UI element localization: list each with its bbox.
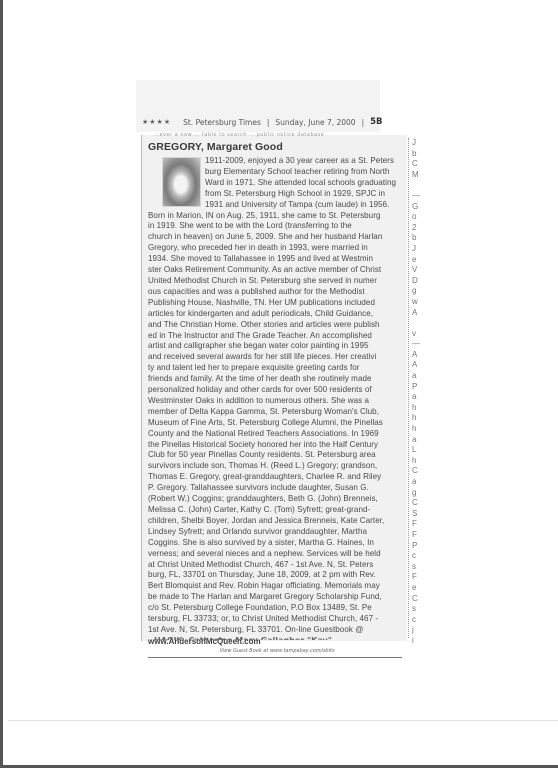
cut-off-text: …ever a new … table to search … public n… <box>154 132 404 137</box>
obituary-line: ed in The Instructor and The Grade Teach… <box>148 331 406 342</box>
obituary-line: burg, FL, 33701 on Thursday, June 18, 20… <box>148 570 406 581</box>
publication-name: St. Petersburg Times <box>183 118 261 127</box>
adjacent-column-cut: J b C M — G o 2 b J e V D g w A v — A A … <box>408 138 421 638</box>
obituary-content: GREGORY, Margaret Good 1911-2009, enjoye… <box>148 140 406 658</box>
letter: C <box>412 466 422 477</box>
obituary-line: be made to The Harlan and Margaret Grego… <box>148 592 406 603</box>
obituary-name: GREGORY, Margaret Good <box>148 140 406 154</box>
obituary-line: Coggins. She is also survived by a siste… <box>148 538 406 549</box>
letter: A <box>412 350 422 361</box>
obituary-line: United Methodist Church in St. Petersbur… <box>148 276 406 287</box>
obituary-line: County and the National Retired Teachers… <box>148 429 406 440</box>
letter: G <box>412 202 422 213</box>
scan-left-edge <box>0 0 3 768</box>
obituary-line: Lindsey Syfrett; and Orlando survivor gr… <box>148 527 406 538</box>
letter: L <box>412 445 422 456</box>
masthead: ★★★★ St. Petersburg Times | Sunday, June… <box>142 115 442 129</box>
letter: s <box>412 562 422 573</box>
letter: a <box>412 392 422 403</box>
obituary-line: ous capacities and was a published autho… <box>148 287 406 298</box>
obituary-line: at Christ United Methodist Church, 467 -… <box>148 560 406 571</box>
letter: c <box>412 551 422 562</box>
obituary-line: the Pinellas Historical Society honored … <box>148 440 406 451</box>
obituary-line: Gregory, who preceded her in death in 19… <box>148 243 406 254</box>
separator: | <box>362 118 365 127</box>
letter: J <box>412 138 422 149</box>
letter: b <box>412 149 422 160</box>
letter: C <box>412 159 422 170</box>
adjacent-column-letters: J b C M — G o 2 b J e V D g w A v — A A … <box>412 138 422 647</box>
obituary-line: personalized holiday and other cards for… <box>148 385 406 396</box>
letter: h <box>412 403 422 414</box>
obituary-line: in 1919. She went to be with the Lord (t… <box>148 221 406 232</box>
obituary-line: member of Delta Kappa Gamma, St. Petersb… <box>148 407 406 418</box>
obituary-line: (Robert W.) Coggins; granddaughters, Bet… <box>148 494 406 505</box>
letter: h <box>412 456 422 467</box>
obituary-line: Westminster Oaks in addition to numerous… <box>148 396 406 407</box>
obituary-line: Club for 50 year Pinellas County residen… <box>148 450 406 461</box>
letter: e <box>412 255 422 266</box>
letter: 2 <box>412 223 422 234</box>
divider <box>148 657 402 658</box>
letter <box>412 180 422 191</box>
letter: C <box>412 498 422 509</box>
obituary-line: Born in Marion, IN on Aug. 25, 1911, she… <box>148 211 406 222</box>
obituary-line: Publishing House, Nashville, TN. Her UM … <box>148 298 406 309</box>
obituary-line: Bert Blomquist and Rev. Robin Hagar offi… <box>148 581 406 592</box>
letter: P <box>412 541 422 552</box>
obituary-line: children, Shelbi Boyer, Jordan and Jessi… <box>148 516 406 527</box>
obituary-line: survivors include son, Thomas H. (Reed L… <box>148 461 406 472</box>
letter: a <box>412 371 422 382</box>
letter: s <box>412 604 422 615</box>
letter: a <box>412 435 422 446</box>
letter: g <box>412 488 422 499</box>
obituary-line: 1934. She moved to Tallahassee in 1995 a… <box>148 254 406 265</box>
obituary-line: Thomas E. Gregory, great-granddaughters,… <box>148 472 406 483</box>
letter: P <box>412 382 422 393</box>
edition-stars-icon: ★★★★ <box>142 118 171 126</box>
letter: A <box>412 308 422 319</box>
letter: b <box>412 233 422 244</box>
obituary-line: artist and calligrapher she began water … <box>148 341 406 352</box>
obituary-line: Melissa C. (John) Carter, Kathy C. (Tom)… <box>148 505 406 516</box>
obituary-line: articles for kindergarten and adult peri… <box>148 309 406 320</box>
obituary-line: friends and family. At the time of her d… <box>148 374 406 385</box>
letter: i <box>412 636 422 647</box>
scan-fold-line <box>8 720 558 721</box>
obituary-line: and The Christian Home. Other stories an… <box>148 320 406 331</box>
obituary-line: Museum of Fine Arts, St. Petersburg Coll… <box>148 418 406 429</box>
obituary-line: ster Oaks Retirement Community. As an ac… <box>148 265 406 276</box>
letter: A <box>412 360 422 371</box>
obituary-body: 1911-2009, enjoyed a 30 year career as a… <box>148 156 406 636</box>
newspaper-clipping: ★★★★ St. Petersburg Times | Sunday, June… <box>136 80 436 641</box>
letter: h <box>412 424 422 435</box>
obituary-box: …ever a new … table to search … public n… <box>141 135 407 641</box>
letter: F <box>412 519 422 530</box>
obituary-line: tersburg, FL 33733; or, to Christ United… <box>148 614 406 625</box>
letter: V <box>412 265 422 276</box>
letter: j <box>412 625 422 636</box>
letter: h <box>412 413 422 424</box>
letter: F <box>412 572 422 583</box>
separator: | <box>267 118 270 127</box>
next-obituary-heading-cut: HAGIK, Catherine Mary Gallagher "Kay" <box>154 634 354 640</box>
letter: w <box>412 297 422 308</box>
letter: c <box>412 615 422 626</box>
letter: v <box>412 329 422 340</box>
letter: M <box>412 170 422 181</box>
letter: a <box>412 477 422 488</box>
letter: — <box>412 191 422 202</box>
page-number: 5B <box>370 117 382 127</box>
letter: F <box>412 530 422 541</box>
letter: e <box>412 583 422 594</box>
letter: g <box>412 286 422 297</box>
publication-date: Sunday, June 7, 2000 <box>275 118 355 127</box>
obituary-line: P. Gregory. Tallahassee survivors includ… <box>148 483 406 494</box>
obituary-line: ty and talent led her to prepare exquisi… <box>148 363 406 374</box>
letter: D <box>412 276 422 287</box>
letter: — <box>412 339 422 350</box>
guestbook-note: View Guest Book at www.tampabay.com/obit… <box>148 648 406 655</box>
letter: J <box>412 244 422 255</box>
obituary-line: church in heaven) on June 5, 2009. She a… <box>148 232 406 243</box>
letter <box>412 318 422 329</box>
letter: S <box>412 509 422 520</box>
obituary-line: and received several awards for her stil… <box>148 352 406 363</box>
letter: o <box>412 212 422 223</box>
obituary-line: c/o St. Petersburg College Foundation, P… <box>148 603 406 614</box>
portrait-photo-icon <box>162 157 201 207</box>
letter: C <box>412 594 422 605</box>
obituary-line: verness; and several nieces and a nephew… <box>148 549 406 560</box>
